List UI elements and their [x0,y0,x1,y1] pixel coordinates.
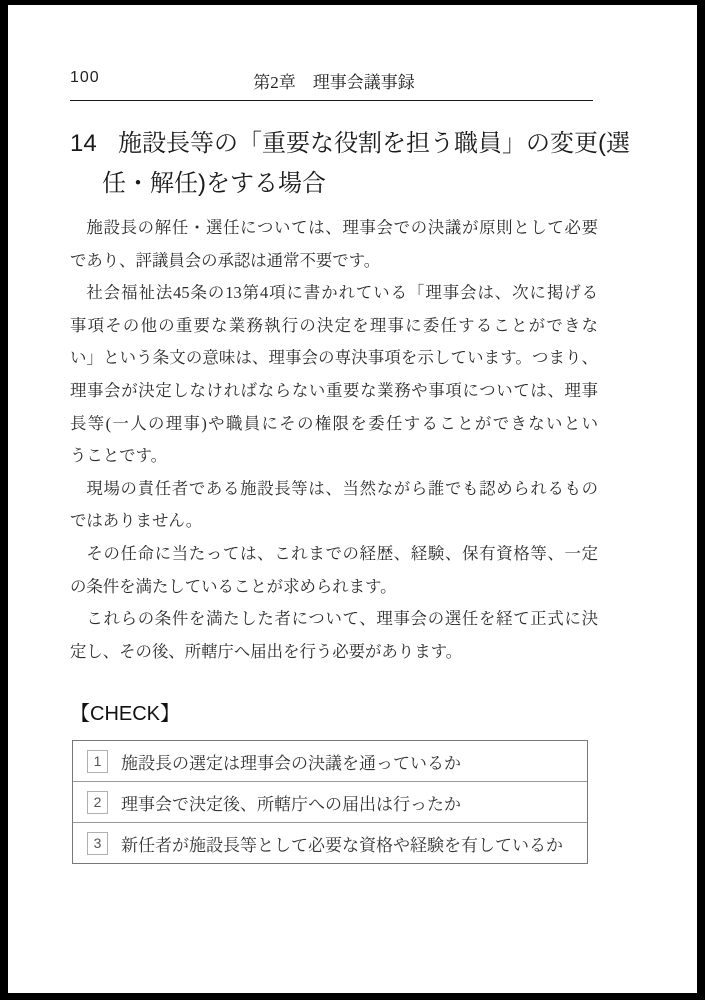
check-item-text: 理事会で決定後、所轄庁への届出は行ったか [121,790,461,815]
body-text: 施設長の解任・選任については、理事会での決議が原則として必要 であり、評議員会の… [70,212,598,668]
body-line: 理事会が決定しなければならない重要な業務や事項については、理事 [70,375,598,408]
check-item-number: 3 [87,832,108,855]
check-item-text: 施設長の選定は理事会の決議を通っているか [121,749,461,774]
book-page: 100 第2章 理事会議事録 14施設長等の「重要な役割を担う職員」の変更(選 … [0,0,705,1000]
check-item-number: 1 [87,750,108,773]
check-table: 1 施設長の選定は理事会の決議を通っているか 2 理事会で決定後、所轄庁への届出… [72,740,588,864]
chapter-title: 第2章 理事会議事録 [253,73,415,92]
body-line: うことです。 [70,440,598,473]
check-item-number: 2 [87,791,108,814]
body-line: であり、評議員会の承認は通常不要です。 [70,245,598,278]
section-title: 14施設長等の「重要な役割を担う職員」の変更(選 任・解任)をする場合 [70,124,680,204]
body-line: 現場の責任者である施設長等は、当然ながら誰でも認められるもの [70,473,598,506]
page-number: 100 [70,69,100,87]
check-item: 3 新任者が施設長等として必要な資格や経験を有しているか [73,822,587,863]
check-heading: 【CHECK】 [70,697,180,726]
page-header: 100 第2章 理事会議事録 [70,68,598,92]
body-line: 事項その他の重要な業務執行の決定を理事に委任することができな [70,310,598,343]
header-rule [70,100,593,101]
body-line: い」という条文の意味は、理事会の専決事項を示しています。つまり、 [70,342,598,375]
body-line: その任命に当たっては、これまでの経歴、経験、保有資格等、一定 [70,538,598,571]
section-number: 14 [70,124,118,164]
check-item: 1 施設長の選定は理事会の決議を通っているか [73,741,587,781]
body-line: 定し、その後、所轄庁へ届出を行う必要があります。 [70,636,598,669]
body-line: 社会福祉法45条の13第4項に書かれている「理事会は、次に掲げる [70,277,598,310]
body-line: ではありません。 [70,505,598,538]
check-item: 2 理事会で決定後、所轄庁への届出は行ったか [73,781,587,822]
section-title-text: 施設長等の「重要な役割を担う職員」の変更(選 [118,130,630,157]
check-item-text: 新任者が施設長等として必要な資格や経験を有しているか [121,831,563,856]
section-title-line2: 任・解任)をする場合 [70,164,680,204]
body-line: の条件を満たしていることが求められます。 [70,571,598,604]
body-line: 長等(一人の理事)や職員にその権限を委任することができないとい [70,408,598,441]
body-line: これらの条件を満たした者について、理事会の選任を経て正式に決 [70,603,598,636]
body-line: 施設長の解任・選任については、理事会での決議が原則として必要 [70,212,598,245]
section-title-line1: 14施設長等の「重要な役割を担う職員」の変更(選 [70,124,680,164]
